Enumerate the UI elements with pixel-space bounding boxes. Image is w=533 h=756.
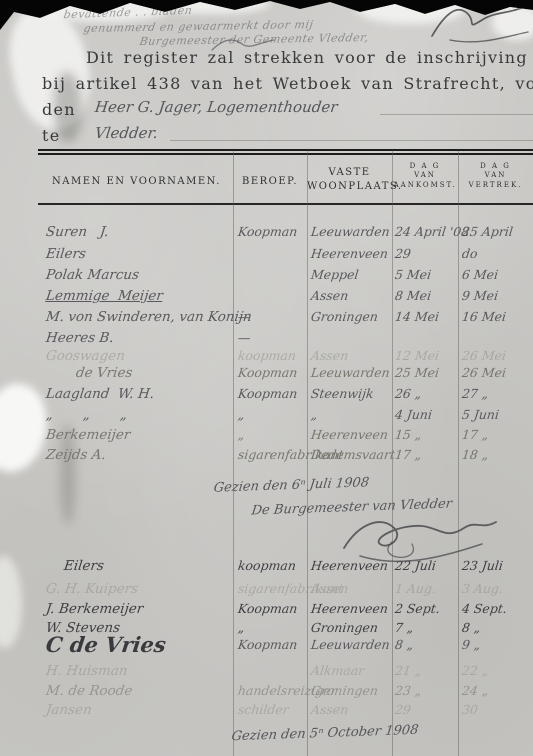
ruled-line: [380, 114, 533, 115]
cell-aank: 2 Sept.: [394, 601, 458, 616]
cell-beroep: „: [237, 407, 305, 422]
cell-naam: de Vries: [75, 365, 263, 381]
cell-aank: 15 „: [394, 427, 458, 442]
table-row: de VriesKoopmanLeeuwarden25 Mei26 Mei: [0, 365, 533, 387]
cell-naam: Jansen: [45, 702, 233, 718]
table-row: Suren J.KoopmanLeeuwarden24 April '0825 …: [0, 224, 533, 246]
column-header-woonplaats: VASTE WOONPLAATS.: [307, 166, 392, 193]
cell-beroep: koopman: [237, 348, 305, 363]
cell-vert: 4 Sept.: [461, 601, 533, 616]
cell-woon: Assen: [310, 581, 392, 596]
cell-vert: 27 „: [461, 386, 533, 401]
cell-woon: Heerenveen: [310, 427, 392, 442]
cell-naam: Berkemeijer: [45, 427, 233, 443]
cell-beroep: Koopman: [237, 224, 305, 239]
cell-vert: 9 „: [461, 637, 533, 652]
cell-vert: 26 Mei: [461, 365, 533, 380]
cell-woon: Heerenveen: [310, 601, 392, 616]
register-title-line1: Dit register zal strekken voor de inschr…: [86, 48, 533, 67]
signature-burgemeester-icon: [330, 514, 510, 566]
register-title-line2: bij artikel 438 van het Wetboek van Stra…: [42, 74, 533, 93]
cell-beroep: Koopman: [237, 365, 305, 380]
table-row: G. H. KuiperssigarenfabrikantAssen1 Aug.…: [0, 581, 533, 603]
cell-vert: 8 „: [461, 620, 533, 635]
cell-woon: Assen: [310, 288, 392, 303]
cell-aank: 5 Mei: [394, 267, 458, 282]
cell-vert: do: [461, 246, 533, 261]
column-header-vertrek: D A G VAN VERTREK.: [458, 162, 533, 190]
inspection-note-october: Gezien den 5ⁿ October 1908: [231, 723, 420, 744]
cell-aank: 8 „: [394, 637, 458, 652]
cell-aank: 23 „: [394, 683, 458, 698]
table-row: EilersHeerenveen29do: [0, 246, 533, 268]
cell-woon: Leeuwarden: [310, 637, 392, 652]
document-page: bevattende . . bladen genummerd en gewaa…: [0, 0, 533, 756]
column-header-beroep: BEROEP.: [233, 176, 307, 187]
cell-vert: 30: [461, 702, 533, 717]
cell-woon: Leeuwarden: [310, 224, 392, 239]
cell-beroep: „: [237, 427, 305, 442]
table-row: Berkemeijer„Heerenveen15 „17 „: [0, 427, 533, 449]
ruled-line: [170, 140, 533, 141]
cell-woon: Dedemsvaart: [310, 447, 392, 462]
cell-naam: G. H. Kuipers: [45, 581, 233, 597]
cell-naam: Laagland W. H.: [45, 386, 233, 402]
cell-woon: Groningen: [310, 683, 392, 698]
table-row: Zeijds A.sigarenfabrikantDedemsvaart17 „…: [0, 447, 533, 469]
register-place-name: Vledder.: [94, 124, 159, 142]
cell-aank: 8 Mei: [394, 288, 458, 303]
cell-beroep: sigarenfabrikant: [237, 581, 305, 596]
cell-beroep: —: [237, 330, 305, 345]
cell-naam: M. von Swinderen, van Konijn: [45, 309, 233, 325]
cell-aank: 1 Aug.: [394, 581, 458, 596]
table-row: Laagland W. H.KoopmanSteenwijk26 „27 „: [0, 386, 533, 408]
cell-woon: „: [310, 407, 392, 422]
cell-woon: Alkmaar: [310, 663, 392, 678]
scanned-register-page: bevattende . . bladen genummerd en gewaa…: [0, 0, 533, 756]
cell-vert: 16 Mei: [461, 309, 533, 324]
cell-beroep: handelsreiziger: [237, 683, 305, 698]
cell-vert: 5 Juni: [461, 407, 533, 422]
cell-woon: Assen: [310, 702, 392, 717]
cell-aank: 24 April '08: [394, 224, 458, 239]
cell-woon: Leeuwarden: [310, 365, 392, 380]
cell-woon: Steenwijk: [310, 386, 392, 401]
cell-aank: 29: [394, 246, 458, 261]
cell-vert: 25 April: [461, 224, 533, 239]
cell-beroep: —: [237, 309, 305, 324]
cell-aank: 21 „: [394, 663, 458, 678]
cell-beroep: „: [237, 620, 305, 635]
table-row: H. HuismanAlkmaar21 „22 „: [0, 663, 533, 685]
register-place-label: te: [42, 126, 61, 145]
cell-vert: 9 Mei: [461, 288, 533, 303]
table-row: Lemmige MeijerAssen8 Mei9 Mei: [0, 288, 533, 310]
cell-naam: Eilers: [45, 246, 233, 262]
cell-woon: Meppel: [310, 267, 392, 282]
cell-beroep: Koopman: [237, 637, 305, 652]
cell-naam: Gooswagen: [45, 348, 233, 364]
cell-vert: 18 „: [461, 447, 533, 462]
cell-naam: Heeres B.: [45, 330, 233, 346]
cell-aank: 14 Mei: [394, 309, 458, 324]
cell-vert: 22 „: [461, 663, 533, 678]
table-row: „ „ „„„4 Juni5 Juni: [0, 407, 533, 429]
cell-woon: Groningen: [310, 620, 392, 635]
cell-naam: C de Vries: [44, 632, 233, 657]
cell-vert: 17 „: [461, 427, 533, 442]
cell-beroep: schilder: [237, 702, 305, 717]
cell-aank: 4 Juni: [394, 407, 458, 422]
top-annotation-line: bevattende . . bladen: [63, 4, 194, 21]
cell-vert: 6 Mei: [461, 267, 533, 282]
cell-aank: 25 Mei: [394, 365, 458, 380]
signature-top-right-icon: [424, 2, 533, 46]
cell-naam: Eilers: [63, 558, 251, 574]
table-row: Polak MarcusMeppel5 Mei6 Mei: [0, 267, 533, 289]
column-header-aankomst: D A G VAN AANKOMST.: [392, 162, 458, 190]
cell-naam: H. Huisman: [45, 663, 233, 679]
cell-vert: 3 Aug.: [461, 581, 533, 596]
cell-woon: Heerenveen: [310, 246, 392, 261]
table-row: C de VriesKoopmanLeeuwarden8 „9 „: [0, 637, 533, 659]
cell-aank: 7 „: [394, 620, 458, 635]
cell-naam: J. Berkemeijer: [45, 601, 233, 617]
cell-woon: Assen: [310, 348, 392, 363]
register-holder-label: den: [42, 100, 76, 119]
cell-vert: 26 Mei: [461, 348, 533, 363]
cell-naam: „ „ „: [45, 407, 233, 423]
cell-beroep: Koopman: [237, 601, 305, 616]
register-holder-name: Heer G. Jager, Logementhouder: [94, 98, 339, 116]
cell-beroep: koopman: [237, 558, 305, 573]
cell-naam: M. de Roode: [45, 683, 233, 699]
cell-beroep: sigarenfabrikant: [237, 447, 305, 462]
cell-aank: 17 „: [394, 447, 458, 462]
cell-naam: Suren J.: [45, 224, 233, 240]
cell-naam: Polak Marcus: [45, 267, 233, 283]
cell-aank: 12 Mei: [394, 348, 458, 363]
table-row: JansenschilderAssen2930: [0, 702, 533, 724]
cell-naam: Zeijds A.: [45, 447, 233, 463]
column-header-namen: NAMEN EN VOORNAMEN.: [40, 176, 233, 187]
cell-naam: Lemmige Meijer: [45, 288, 233, 304]
cell-aank: 26 „: [394, 386, 458, 401]
cell-beroep: Koopman: [237, 386, 305, 401]
table-row: M. von Swinderen, van Konijn—Groningen14…: [0, 309, 533, 331]
inspection-note-july: Gezien den 6ⁿ Juli 1908: [213, 475, 370, 495]
cell-vert: 24 „: [461, 683, 533, 698]
cell-woon: Groningen: [310, 309, 392, 324]
cell-aank: 29: [394, 702, 458, 717]
